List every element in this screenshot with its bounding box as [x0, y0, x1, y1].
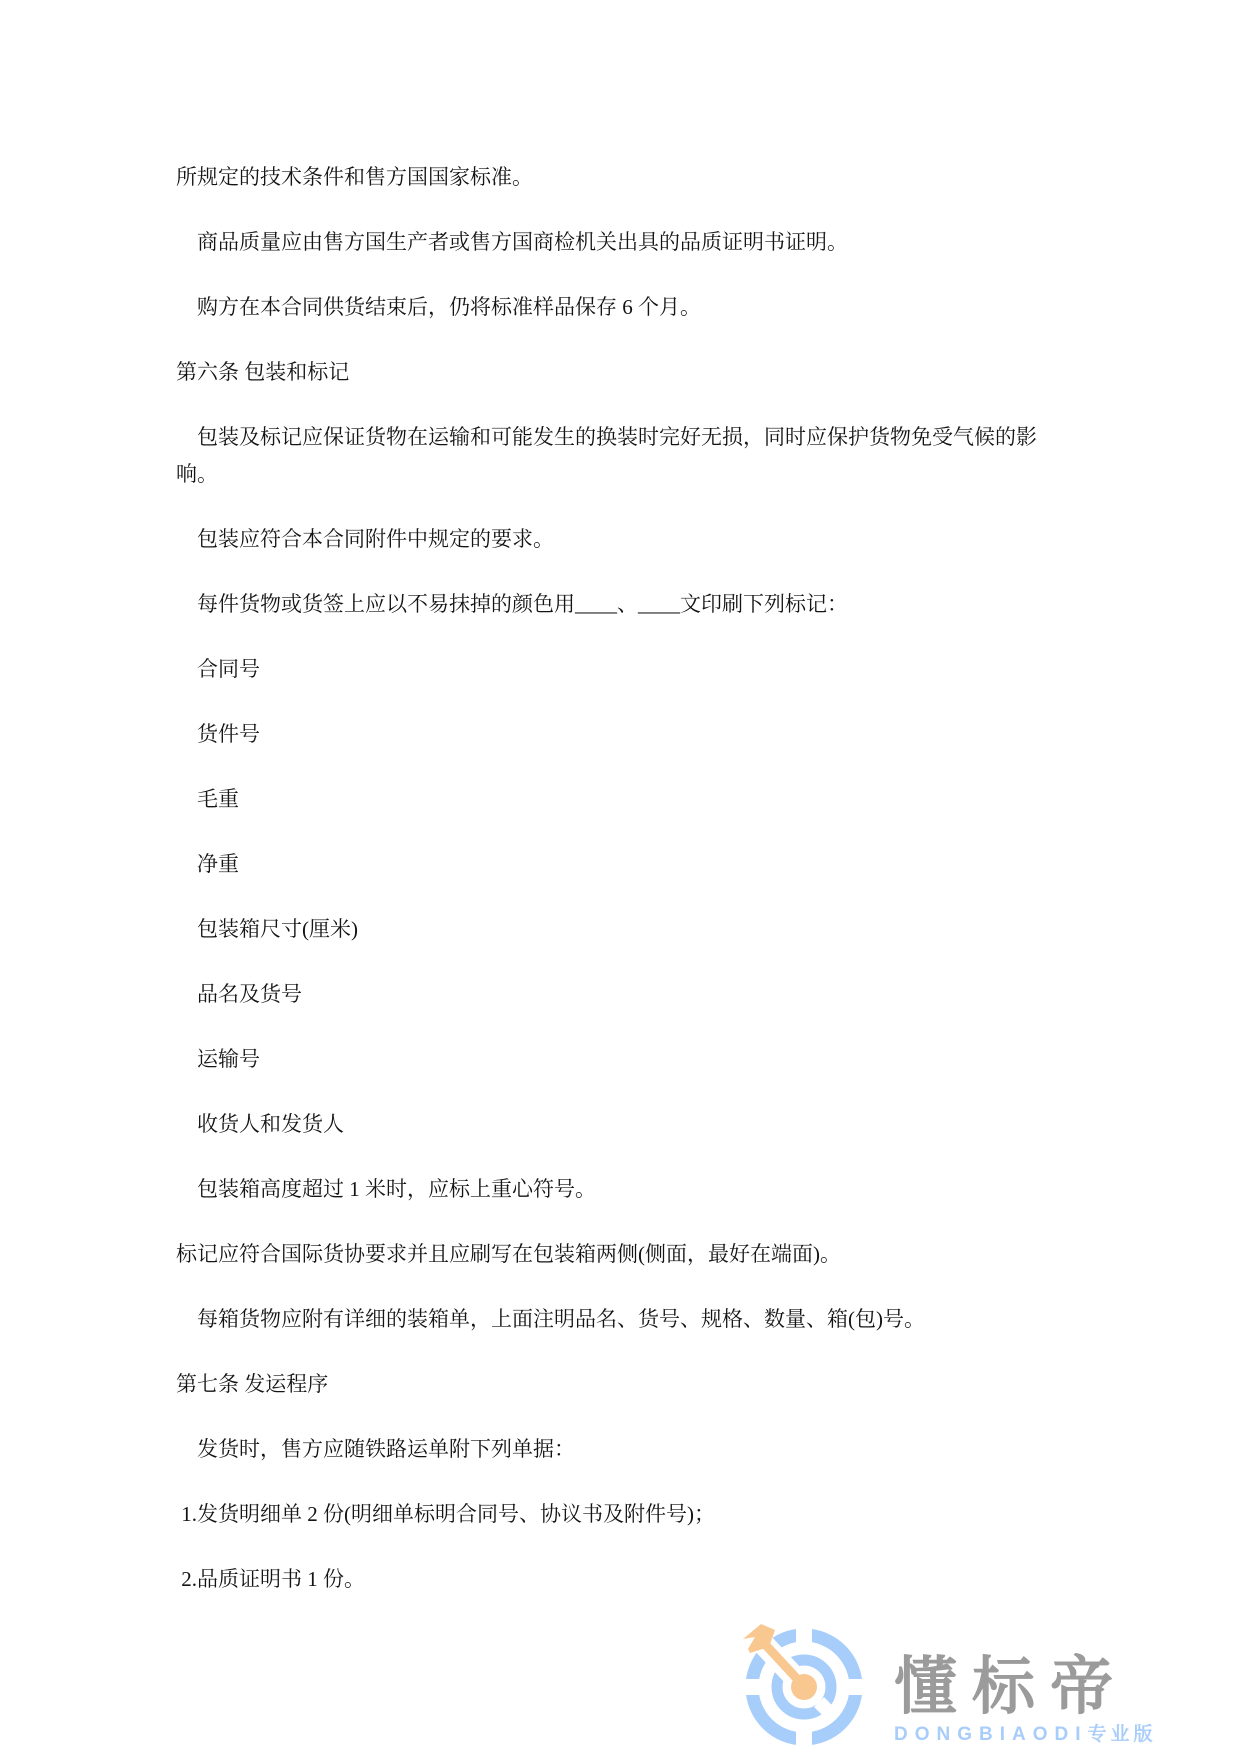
watermark: 懂标帝 DONGBIAODI专业版: [738, 1620, 1157, 1752]
brand-name-cn: 懂标帝: [894, 1654, 1157, 1720]
paragraph: 包装箱高度超过 1 米时，应标上重心符号。: [176, 1171, 1038, 1208]
document-page: 所规定的技术条件和售方国国家标准。 商品质量应由售方国生产者或售方国商检机关出具…: [0, 0, 1241, 1754]
edition-badge: 专业版: [1088, 1724, 1157, 1745]
paragraph: 购方在本合同供货结束后，仍将标准样品保存 6 个月。: [176, 289, 1038, 326]
list-item: 货件号: [176, 716, 1038, 753]
paragraph: 所规定的技术条件和售方国国家标准。: [176, 159, 1038, 196]
list-item: 合同号: [176, 651, 1038, 688]
list-item: 包装箱尺寸(厘米): [176, 911, 1038, 948]
paragraph: 包装应符合本合同附件中规定的要求。: [176, 521, 1038, 558]
list-item: 毛重: [176, 781, 1038, 818]
paragraph: 标记应符合国际货协要求并且应刷写在包装箱两侧(侧面，最好在端面)。: [176, 1236, 1038, 1273]
brand-name-sub: DONGBIAODI专业版: [894, 1724, 1157, 1746]
contract-text: 所规定的技术条件和售方国国家标准。 商品质量应由售方国生产者或售方国商检机关出具…: [176, 159, 1038, 1626]
numbered-item: 2.品质证明书 1 份。: [176, 1561, 1038, 1598]
paragraph: 每件货物或货签上应以不易抹掉的颜色用____、____文印刷下列标记：: [176, 586, 1038, 623]
list-item: 收货人和发货人: [176, 1106, 1038, 1143]
list-item: 运输号: [176, 1041, 1038, 1078]
paragraph: 商品质量应由售方国生产者或售方国商检机关出具的品质证明书证明。: [176, 224, 1038, 261]
paragraph: 发货时，售方应随铁路运单附下列单据：: [176, 1431, 1038, 1468]
target-dart-logo-icon: [738, 1620, 870, 1752]
numbered-item: 1.发货明细单 2 份(明细单标明合同号、协议书及附件号)；: [176, 1496, 1038, 1533]
paragraph: 包装及标记应保证货物在运输和可能发生的换装时完好无损，同时应保护货物免受气候的影…: [176, 419, 1038, 493]
section-heading: 第七条 发运程序: [176, 1366, 1038, 1403]
list-item: 净重: [176, 846, 1038, 883]
list-item: 品名及货号: [176, 976, 1038, 1013]
watermark-text: 懂标帝 DONGBIAODI专业版: [894, 1654, 1157, 1752]
brand-name-en: DONGBIAODI: [894, 1724, 1088, 1745]
section-heading: 第六条 包装和标记: [176, 354, 1038, 391]
paragraph: 每箱货物应附有详细的装箱单，上面注明品名、货号、规格、数量、箱(包)号。: [176, 1301, 1038, 1338]
